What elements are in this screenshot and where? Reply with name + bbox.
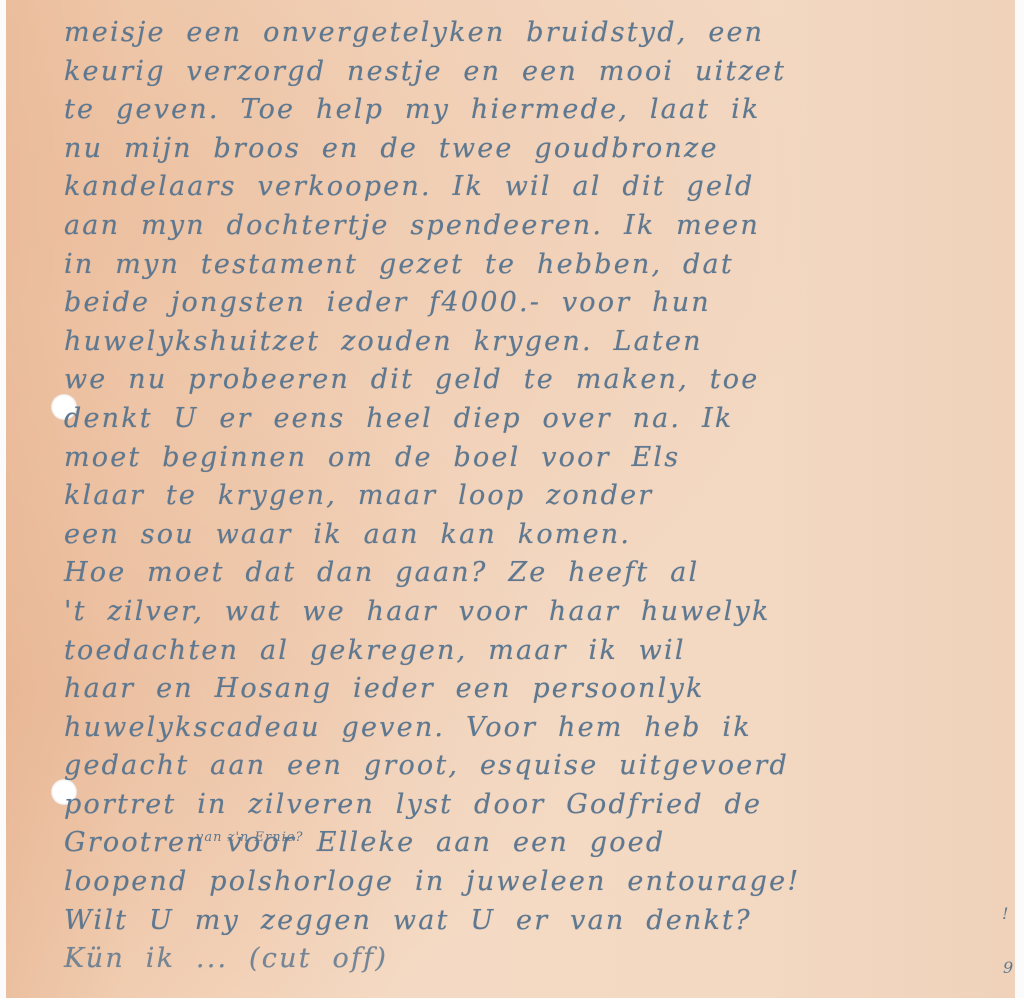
margin-number: 9 xyxy=(1003,958,1013,977)
text-line: gedacht aan een groot, esquise uitgevoer… xyxy=(64,747,1014,786)
text-line: toedachten al gekregen, maar ik wil xyxy=(64,632,1014,671)
text-line: in myn testament gezet te hebben, dat xyxy=(64,246,1014,285)
text-line: meisje een onvergetelyken bruidstyd, een xyxy=(64,14,1014,53)
text-line: nu mijn broos en de twee goudbronze xyxy=(64,130,1014,169)
text-line: beide jongsten ieder f4000.- voor hun xyxy=(64,284,1014,323)
text-line: huwelykscadeau geven. Voor hem heb ik xyxy=(64,709,1014,748)
text-line: aan myn dochtertje spendeeren. Ik meen xyxy=(64,207,1014,246)
text-line: keurig verzorgd nestje en een mooi uitze… xyxy=(64,53,1014,92)
text-line: een sou waar ik aan kan komen. xyxy=(64,516,1014,555)
text-line: Wilt U my zeggen wat U er van denkt? xyxy=(64,902,1014,941)
text-line: we nu probeeren dit geld te maken, toe xyxy=(64,361,1014,400)
text-line: huwelykshuitzet zouden krygen. Laten xyxy=(64,323,1014,362)
text-line: 't zilver, wat we haar voor haar huwelyk xyxy=(64,593,1014,632)
text-line: denkt U er eens heel diep over na. Ik xyxy=(64,400,1014,439)
text-line: te geven. Toe help my hiermede, laat ik xyxy=(64,91,1014,130)
text-line: loopend polshorloge in juweleen entourag… xyxy=(64,863,1014,902)
letter-page: meisje een onvergetelyken bruidstyd, een… xyxy=(6,0,1015,998)
text-line-cutoff: Kün ik ... (cut off) xyxy=(64,940,1014,979)
text-line: haar en Hosang ieder een persoonlyk xyxy=(64,670,1014,709)
text-line: moet beginnen om de boel voor Els xyxy=(64,439,1014,478)
text-line: Hoe moet dat dan gaan? Ze heeft al xyxy=(64,554,1014,593)
text-line: klaar te krygen, maar loop zonder xyxy=(64,477,1014,516)
text-line: kandelaars verkoopen. Ik wil al dit geld xyxy=(64,168,1014,207)
margin-exclamation: ! xyxy=(1002,904,1008,923)
text-line: portret in zilveren lyst door Godfried d… xyxy=(64,786,1014,825)
interlinear-insertion: van z'n Ernie? xyxy=(196,830,303,845)
